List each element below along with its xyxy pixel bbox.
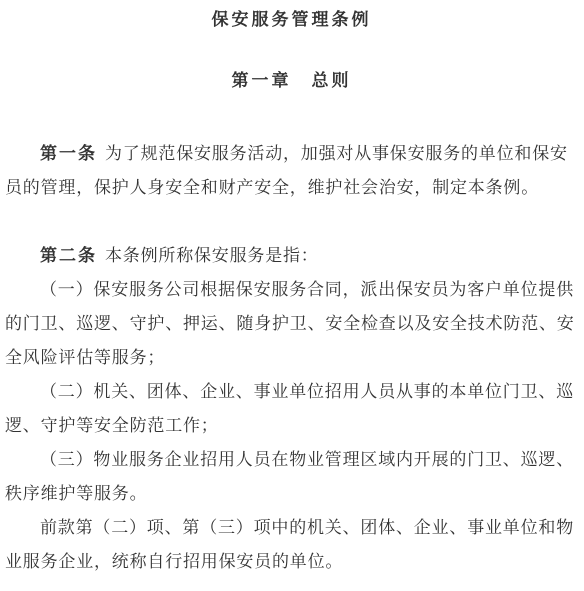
- article-label: 第二条: [40, 246, 97, 265]
- article-paragraph-2-closing: 前款第（二）项、第（三）项中的机关、团体、企业、事业单位和物业服务企业，统称自行…: [5, 511, 578, 579]
- article-paragraph-1: 第一条为了规范保安服务活动，加强对从事保安服务的单位和保安员的管理，保护人身安全…: [5, 137, 578, 205]
- article-paragraph-2-item-1: （一）保安服务公司根据保安服务合同，派出保安员为客户单位提供的门卫、巡逻、守护、…: [5, 273, 578, 375]
- article-paragraph-2-item-2: （二）机关、团体、企业、事业单位招用人员从事的本单位门卫、巡逻、守护等安全防范工…: [5, 375, 578, 443]
- document-page: 保安服务管理条例 第一章 总则 第一条为了规范保安服务活动，加强对从事保安服务的…: [0, 0, 584, 591]
- article-paragraph-2-item-3: （三）物业服务企业招用人员在物业管理区域内开展的门卫、巡逻、秩序维护等服务。: [5, 443, 578, 511]
- article-text: （一）保安服务公司根据保安服务合同，派出保安员为客户单位提供的门卫、巡逻、守护、…: [5, 280, 575, 367]
- article-text: （三）物业服务企业招用人员在物业管理区域内开展的门卫、巡逻、秩序维护等服务。: [5, 450, 574, 503]
- document-title: 保安服务管理条例: [5, 11, 578, 28]
- article-text: （二）机关、团体、企业、事业单位招用人员从事的本单位门卫、巡逻、守护等安全防范工…: [5, 382, 574, 435]
- article-text: 本条例所称保安服务是指：: [105, 246, 319, 265]
- chapter-heading: 第一章 总则: [5, 72, 578, 90]
- article-text: 前款第（二）项、第（三）项中的机关、团体、企业、事业单位和物业服务企业，统称自行…: [5, 518, 574, 571]
- article-paragraph-2: 第二条本条例所称保安服务是指：: [5, 239, 578, 273]
- article-label: 第一条: [40, 144, 97, 163]
